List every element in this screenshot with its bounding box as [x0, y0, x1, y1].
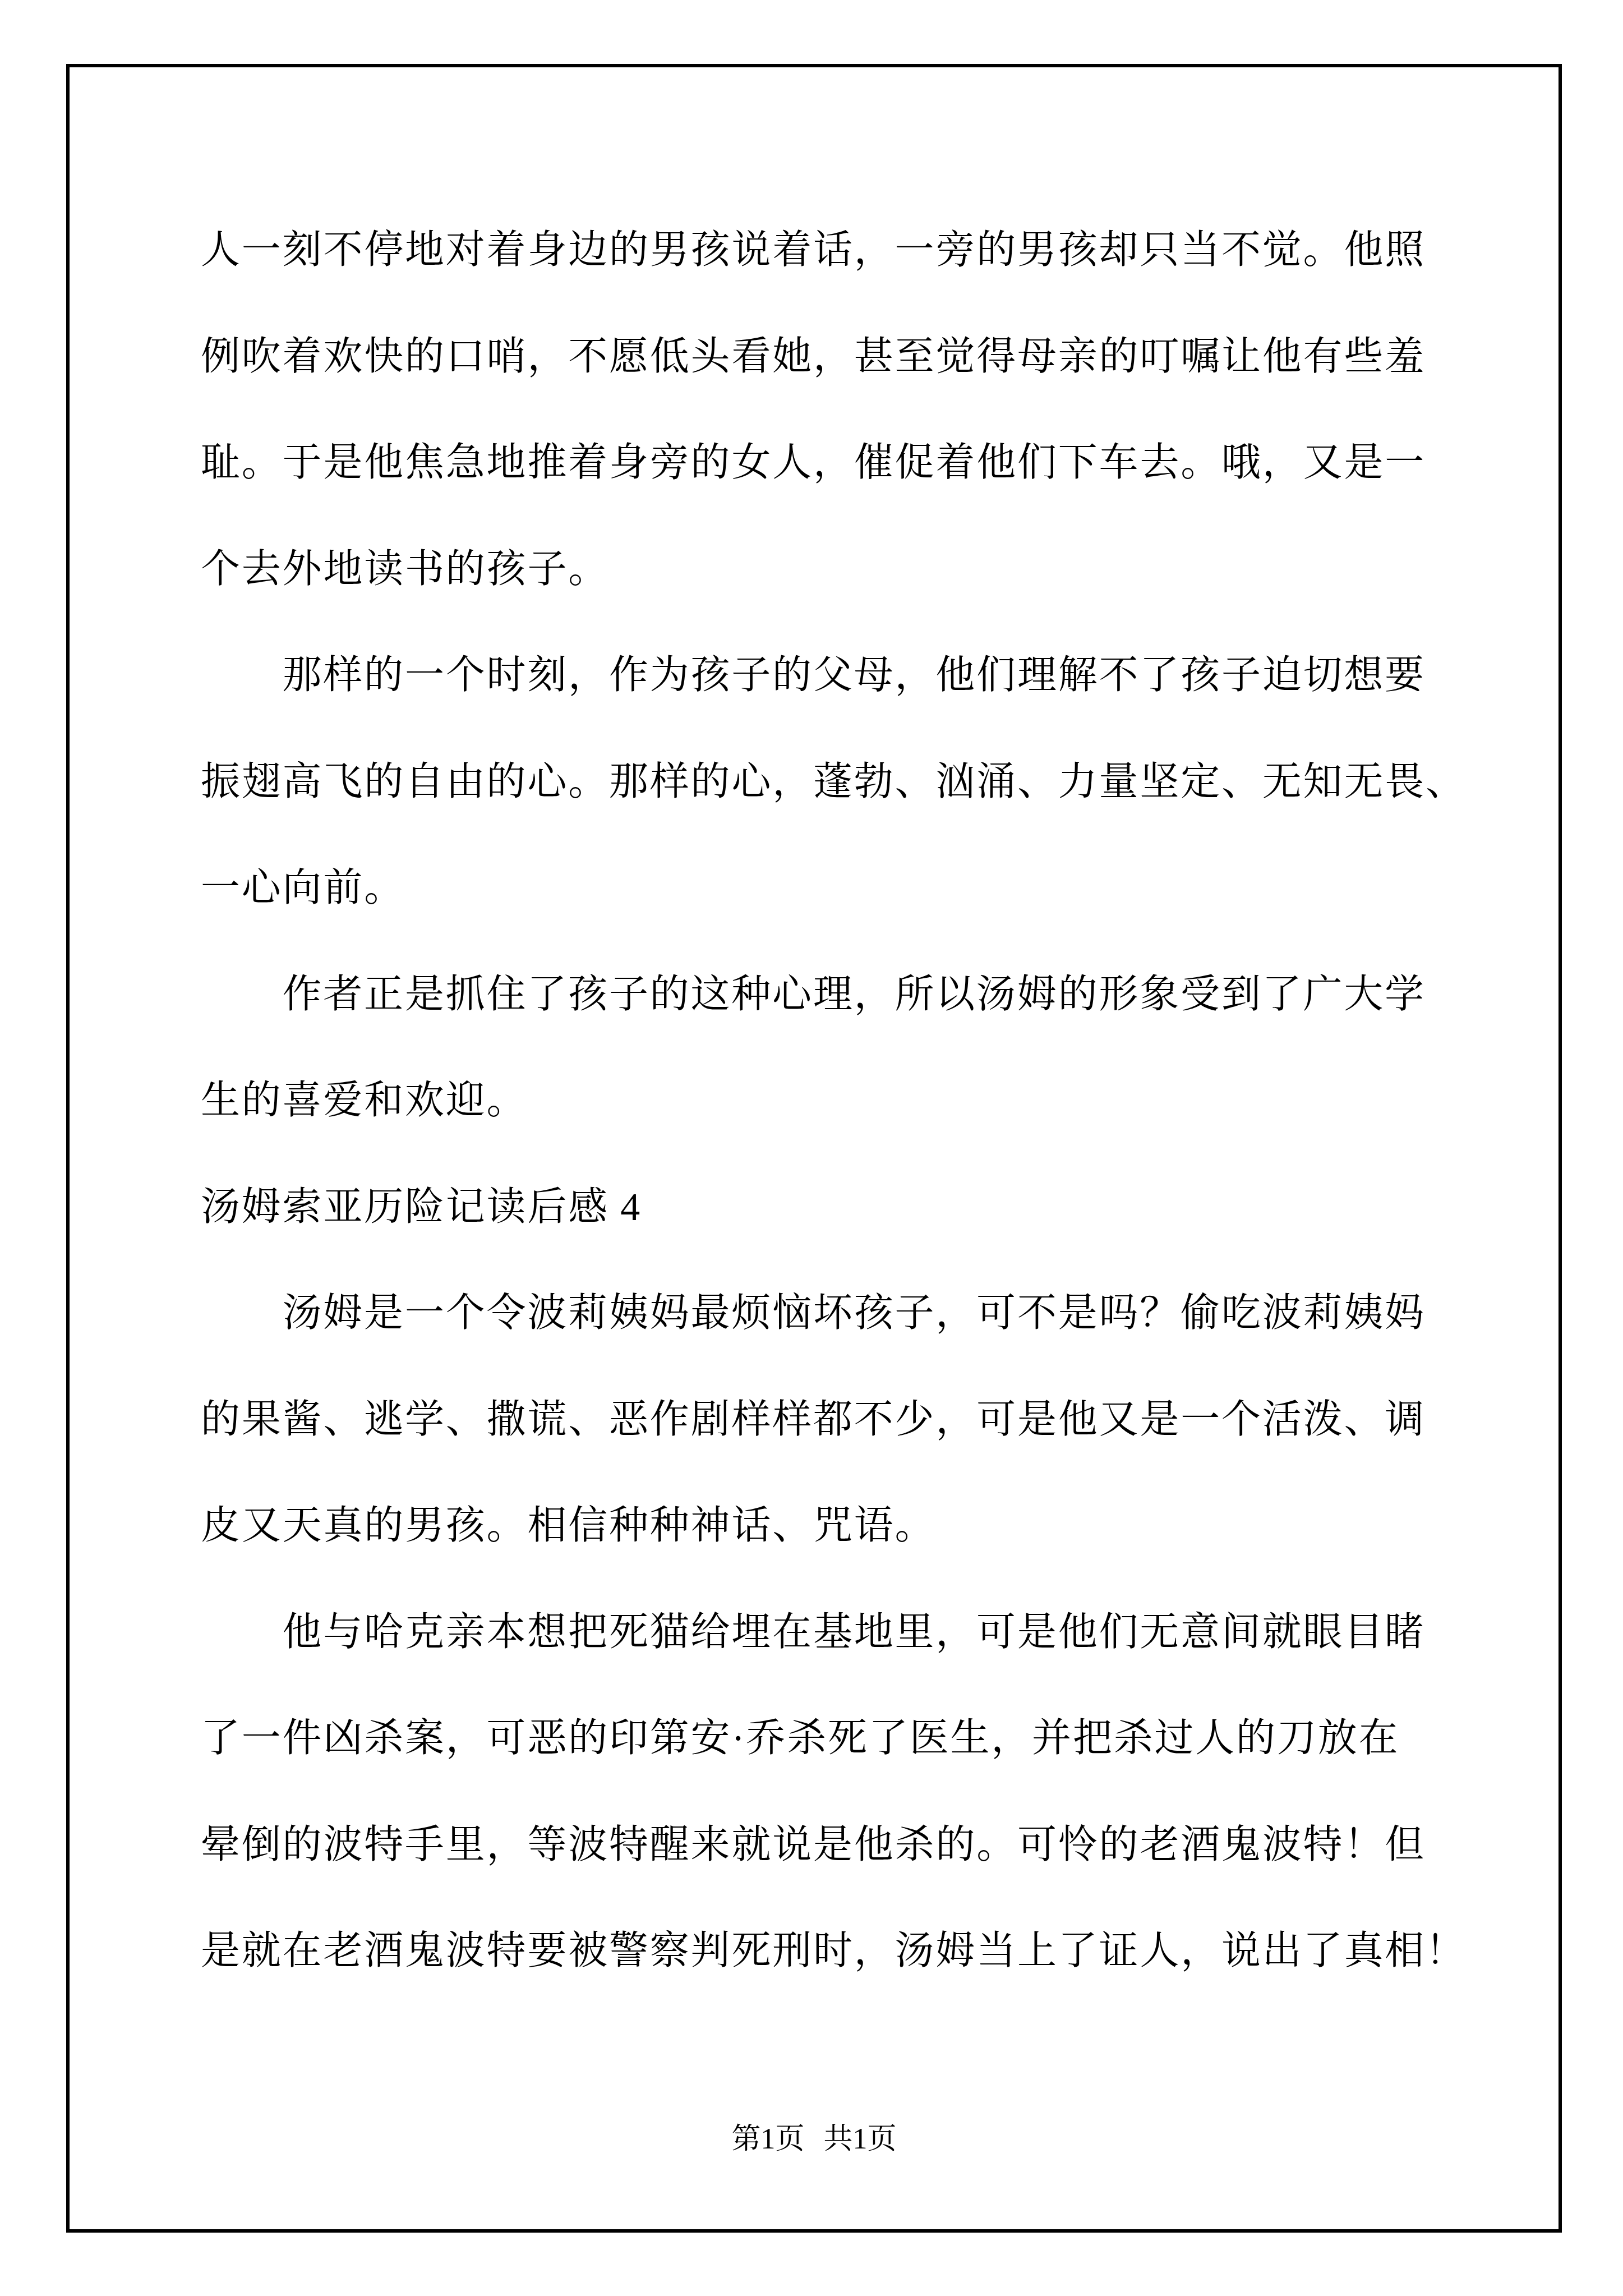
footer-page-number: 第1页: [731, 2122, 804, 2157]
text-line: 那样的一个时刻，作为孩子的父母，他们理解不了孩子迫切想要: [201, 623, 1429, 729]
text-line: 人一刻不停地对着身边的男孩说着话，一旁的男孩却只当不觉。他照: [201, 197, 1429, 304]
text-line: 了一件凶杀案，可恶的印第安·乔杀死了医生，并把杀过人的刀放在: [201, 1686, 1429, 1792]
page-footer: 第1页 共1页: [66, 2122, 1562, 2157]
text-line: 生的喜爱和欢迎。: [201, 1048, 1429, 1154]
text-line: 晕倒的波特手里，等波特醒来就说是他杀的。可怜的老酒鬼波特！但: [201, 1792, 1429, 1899]
text-line: 的果酱、逃学、撒谎、恶作剧样样都不少，可是他又是一个活泼、调: [201, 1367, 1429, 1474]
text-line: 振翅高飞的自由的心。那样的心，蓬勃、汹涌、力量坚定、无知无畏、: [201, 729, 1429, 836]
document-page: 人一刻不停地对着身边的男孩说着话，一旁的男孩却只当不觉。他照例吹着欢快的口哨，不…: [0, 0, 1623, 2296]
text-line: 汤姆是一个令波莉姨妈最烦恼坏孩子，可不是吗？偷吃波莉姨妈: [201, 1260, 1429, 1367]
footer-total-pages: 共1页: [824, 2122, 897, 2157]
text-line: 他与哈克亲本想把死猫给埋在基地里，可是他们无意间就眼目睹: [201, 1580, 1429, 1686]
text-line: 个去外地读书的孩子。: [201, 517, 1429, 623]
document-text: 人一刻不停地对着身边的男孩说着话，一旁的男孩却只当不觉。他照例吹着欢快的口哨，不…: [201, 197, 1429, 2005]
text-line: 一心向前。: [201, 835, 1429, 942]
text-line: 耻。于是他焦急地推着身旁的女人，催促着他们下车去。哦，又是一: [201, 410, 1429, 517]
text-line: 是就在老酒鬼波特要被警察判死刑时，汤姆当上了证人，说出了真相！: [201, 1898, 1429, 2005]
text-line: 例吹着欢快的口哨，不愿低头看她，甚至觉得母亲的叮嘱让他有些羞: [201, 304, 1429, 411]
text-line: 皮又天真的男孩。相信种种神话、咒语。: [201, 1473, 1429, 1580]
text-line: 作者正是抓住了孩子的这种心理，所以汤姆的形象受到了广大学: [201, 942, 1429, 1048]
text-line: 汤姆索亚历险记读后感 4: [201, 1154, 1429, 1261]
